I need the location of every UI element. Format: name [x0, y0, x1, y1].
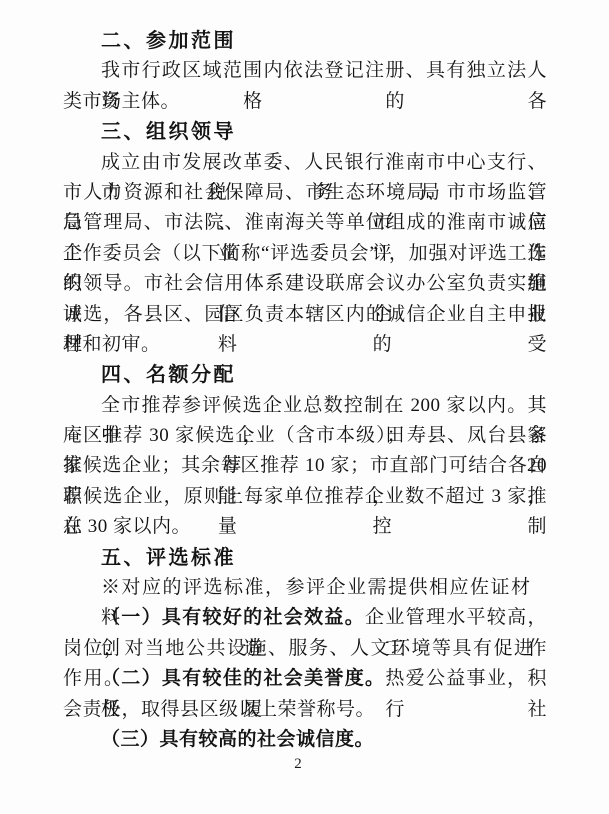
text-line: 急管理局、市法院、淮南海关等单位组成的淮南市诚信企业评选	[63, 208, 547, 238]
text-line: 岗位，对当地公共设施、服务、人文环境等具有促进作用。	[63, 634, 547, 664]
text-line: 家候选企业；其余每区推荐 10 家；市直部门可结合各自职能，推	[63, 451, 547, 481]
emphasis-text: （一）具有较好的社会效益。	[101, 607, 365, 628]
document-page: 二、参加范围我市行政区域范围内依法登记注册、具有独立法人资格的各类市场主体。三、…	[0, 0, 609, 814]
page-number: 2	[0, 754, 596, 774]
body-text: 会责任，取得县区级以上荣誉称号。	[63, 699, 375, 720]
emphasis-text: 三、组织领导	[101, 121, 236, 143]
text-line: 庵区推荐 30 家候选企业（含市本级）；寿县、凤台县各推荐 20	[63, 421, 547, 451]
body-text: 类市场主体。	[63, 91, 180, 112]
text-line: （一）具有较好的社会效益。企业管理水平较高，创造工作	[63, 603, 547, 633]
text-line: （三）具有较高的社会诚信度。	[63, 725, 547, 755]
document-body: 二、参加范围我市行政区域范围内依法登记注册、具有独立法人资格的各类市场主体。三、…	[63, 26, 547, 755]
text-line: （二）具有较佳的社会美誉度。热爱公益事业，积极履行社	[63, 664, 547, 694]
emphasis-text: 五、评选标准	[101, 547, 236, 569]
text-line: 评选，各县区、园区负责本辖区内的诚信企业自主申报材料的受	[63, 300, 547, 330]
text-line: 我市行政区域范围内依法登记注册、具有独立法人资格的各	[63, 56, 547, 86]
section-heading: 四、名额分配	[63, 360, 547, 390]
text-line: 市人力资源和社会保障局、市生态环境局、市市场监管局、市应	[63, 178, 547, 208]
emphasis-text: 四、名额分配	[101, 364, 236, 386]
body-text: 理和初审。	[63, 334, 161, 355]
section-heading: 二、参加范围	[63, 26, 547, 56]
text-line: 荐候选企业，原则上每家单位推荐企业数不超过 3 家，总量控制	[63, 482, 547, 512]
section-heading: 五、评选标准	[63, 543, 547, 573]
text-line: 全市推荐参评候选企业总数控制在 200 家以内。其中，田家	[63, 391, 547, 421]
emphasis-text: 二、参加范围	[101, 30, 236, 52]
text-line: 成立由市发展改革委、人民银行淮南市中心支行、市税务局、	[63, 148, 547, 178]
section-heading: 三、组织领导	[63, 117, 547, 147]
text-line: 织领导。市社会信用体系建设联席会议办公室负责实施诚信企业	[63, 269, 547, 299]
text-line: ※对应的评选标准，参评企业需提供相应佐证材料	[63, 573, 547, 603]
emphasis-text: （三）具有较高的社会诚信度。	[101, 729, 374, 750]
body-text: 在 30 家以内。	[63, 516, 191, 537]
text-line: 工作委员会（以下简称“评选委员会”），加强对评选工作的组	[63, 239, 547, 269]
emphasis-text: （二）具有较佳的社会美誉度。	[101, 668, 385, 689]
